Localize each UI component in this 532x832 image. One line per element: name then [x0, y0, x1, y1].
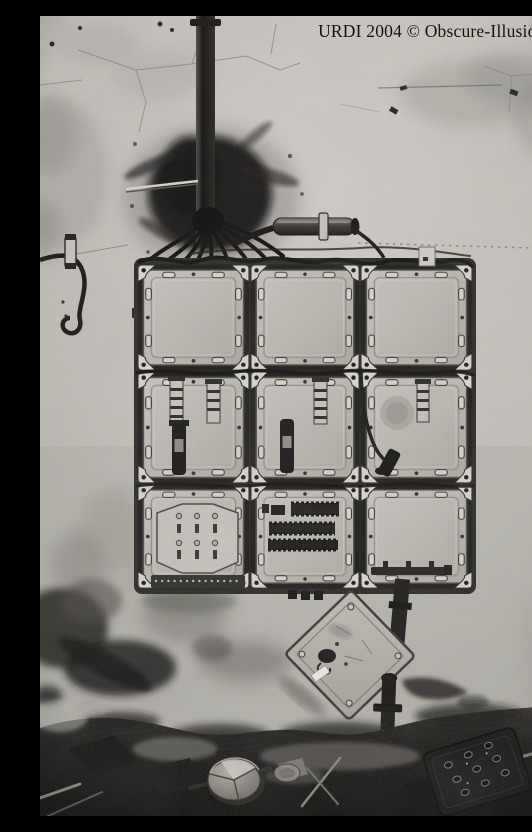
vignette-overlay [40, 16, 532, 816]
photo-canvas [40, 16, 532, 816]
photo-derelict-fusebox-wall: URDI 2004 © Obscure-Illusion.de [40, 16, 532, 816]
watermark-text: URDI 2004 © Obscure-Illusion.de [318, 21, 532, 42]
